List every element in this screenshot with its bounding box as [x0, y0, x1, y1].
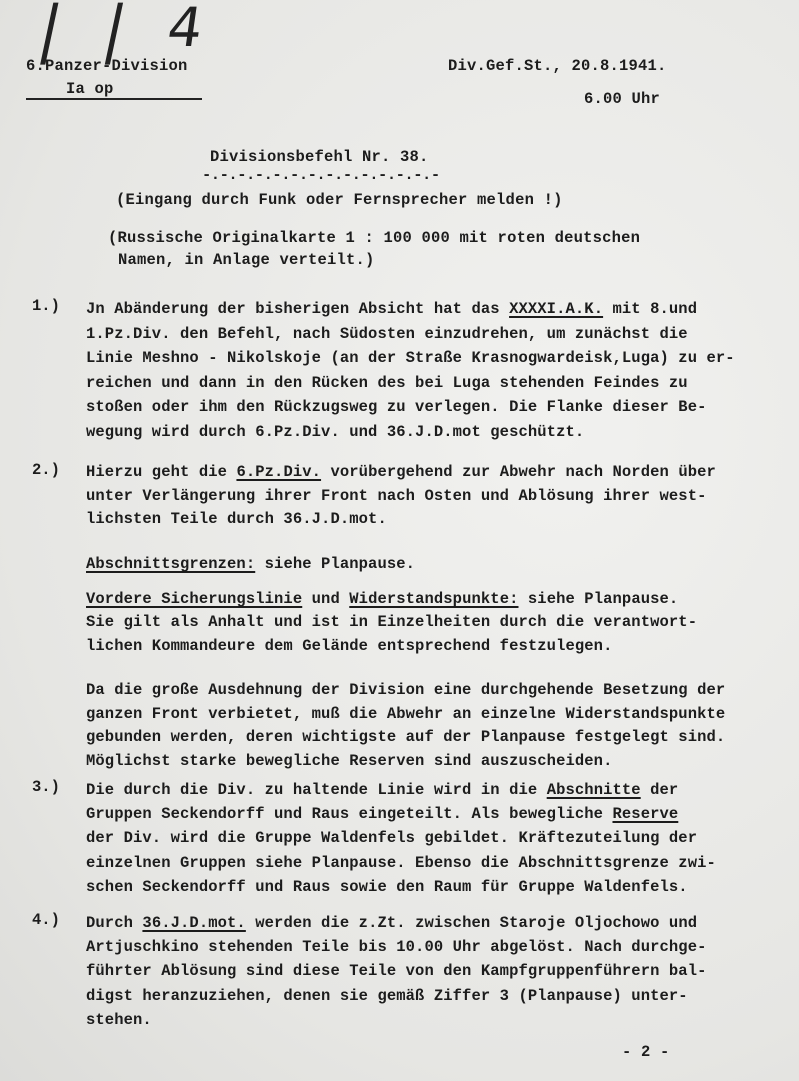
issue-time: 6.00 Uhr [584, 90, 660, 108]
text-run: Die durch die Div. zu haltende Linie wir… [86, 781, 547, 799]
underlined-term: 6.Pz.Div. [236, 463, 321, 481]
section-number: 1.) [32, 297, 60, 315]
text-line: 1.Pz.Div. den Befehl, nach Südosten einz… [86, 322, 786, 347]
section-body: Durch 36.J.D.mot. werden die z.Zt. zwisc… [86, 911, 786, 1032]
text-run: mit 8.und [603, 300, 697, 318]
text-run: der [641, 781, 679, 799]
text-line: Vordere Sicherungslinie und Widerstandsp… [86, 588, 786, 612]
section-number: 4.) [32, 911, 60, 929]
text-run: Artjuschkino stehenden Teile bis 10.00 U… [86, 938, 707, 956]
text-line: Linie Meshno - Nikolskoje (an der Straße… [86, 346, 786, 371]
text-run: einzelnen Gruppen siehe Planpause. Ebens… [86, 854, 716, 872]
text-line: lichsten Teile durch 36.J.D.mot. [86, 508, 786, 532]
text-run: Jn Abänderung der bisherigen Absicht hat… [86, 300, 509, 318]
text-line: der Div. wird die Gruppe Waldenfels gebi… [86, 826, 786, 850]
text-line: Hierzu geht die 6.Pz.Div. vorübergehend … [86, 461, 786, 485]
subparagraph: Da die große Ausdehnung der Division ein… [86, 679, 786, 773]
section-code: Ia op [66, 80, 114, 98]
subparagraph: Sie gilt als Anhalt und ist in Einzelhei… [86, 611, 786, 658]
text-line: digst heranzuziehen, denen sie gemäß Zif… [86, 984, 786, 1008]
text-run: Möglichst starke bewegliche Reserven sin… [86, 752, 612, 770]
text-line: Da die große Ausdehnung der Division ein… [86, 679, 786, 703]
text-line: Jn Abänderung der bisherigen Absicht hat… [86, 297, 786, 322]
order-title: Divisionsbefehl Nr. 38. [210, 148, 429, 166]
text-line: stehen. [86, 1008, 786, 1032]
text-run: ganzen Front verbietet, muß die Abwehr a… [86, 705, 725, 723]
text-line: stoßen oder ihm den Rückzugsweg zu verle… [86, 395, 786, 420]
text-line: Sie gilt als Anhalt und ist in Einzelhei… [86, 611, 786, 635]
map-note-line2: Namen, in Anlage verteilt.) [118, 251, 375, 269]
text-line: Die durch die Div. zu haltende Linie wir… [86, 778, 786, 802]
text-line: Durch 36.J.D.mot. werden die z.Zt. zwisc… [86, 911, 786, 935]
text-line: unter Verlängerung ihrer Front nach Oste… [86, 485, 786, 509]
text-run: lichen Kommandeure dem Gelände entsprech… [86, 637, 612, 655]
text-line: wegung wird durch 6.Pz.Div. und 36.J.D.m… [86, 420, 786, 445]
text-run: werden die z.Zt. zwischen Staroje Oljoch… [246, 914, 697, 932]
section-number: 3.) [32, 778, 60, 796]
text-run: der Div. wird die Gruppe Waldenfels gebi… [86, 829, 697, 847]
underlined-term: 36.J.D.mot. [142, 914, 245, 932]
text-line: lichen Kommandeure dem Gelände entsprech… [86, 635, 786, 659]
text-run: lichsten Teile durch 36.J.D.mot. [86, 510, 387, 528]
text-line: führter Ablösung sind diese Teile von de… [86, 959, 786, 983]
text-line: Abschnittsgrenzen: siehe Planpause. [86, 553, 786, 577]
text-run: 1.Pz.Div. den Befehl, nach Südosten einz… [86, 325, 688, 343]
text-run: gebunden werden, deren wichtigste auf de… [86, 728, 725, 746]
receipt-note: (Eingang durch Funk oder Fernsprecher me… [116, 191, 563, 209]
text-line: Gruppen Seckendorff und Raus eingeteilt.… [86, 802, 786, 826]
subparagraph: Abschnittsgrenzen: siehe Planpause. [86, 553, 786, 577]
text-run: wegung wird durch 6.Pz.Div. und 36.J.D.m… [86, 423, 584, 441]
text-line: schen Seckendorff und Raus sowie den Rau… [86, 875, 786, 899]
text-run: Durch [86, 914, 142, 932]
text-run: digst heranzuziehen, denen sie gemäß Zif… [86, 987, 688, 1005]
text-run: schen Seckendorff und Raus sowie den Rau… [86, 878, 688, 896]
handwritten-strokes: | | [32, 0, 145, 65]
underlined-term: Abschnittsgrenzen: [86, 555, 255, 573]
text-run: Hierzu geht die [86, 463, 236, 481]
text-run: siehe Planpause. [255, 555, 415, 573]
header-underline [26, 98, 202, 100]
text-run: stoßen oder ihm den Rückzugsweg zu verle… [86, 398, 707, 416]
location-date: Div.Gef.St., 20.8.1941. [448, 57, 667, 75]
text-run: führter Ablösung sind diese Teile von de… [86, 962, 707, 980]
section-body: Jn Abänderung der bisherigen Absicht hat… [86, 297, 786, 445]
subparagraph: Vordere Sicherungslinie und Widerstandsp… [86, 588, 786, 612]
underlined-term: Abschnitte [547, 781, 641, 799]
document-page: | | 4 6.Panzer-Division Ia op Div.Gef.St… [0, 0, 799, 1081]
text-run: und [302, 590, 349, 608]
section-body: Die durch die Div. zu haltende Linie wir… [86, 778, 786, 899]
text-run: Linie Meshno - Nikolskoje (an der Straße… [86, 349, 735, 367]
underlined-term: XXXXI.A.K. [509, 300, 603, 318]
text-run: Gruppen Seckendorff und Raus eingeteilt.… [86, 805, 612, 823]
text-run: siehe Planpause. [519, 590, 679, 608]
text-run: reichen und dann in den Rücken des bei L… [86, 374, 688, 392]
text-line: Möglichst starke bewegliche Reserven sin… [86, 750, 786, 774]
text-line: Artjuschkino stehenden Teile bis 10.00 U… [86, 935, 786, 959]
handwritten-number: 4 [164, 0, 207, 59]
underlined-term: Reserve [612, 805, 678, 823]
text-run: Sie gilt als Anhalt und ist in Einzelhei… [86, 613, 697, 631]
page-marker: - 2 - [622, 1043, 670, 1061]
title-divider: -.-.-.-.-.-.-.-.-.-.-.-.-.- [202, 166, 440, 184]
section-body: Hierzu geht die 6.Pz.Div. vorübergehend … [86, 461, 786, 532]
underlined-term: Vordere Sicherungslinie [86, 590, 302, 608]
text-run: unter Verlängerung ihrer Front nach Oste… [86, 487, 707, 505]
text-line: ganzen Front verbietet, muß die Abwehr a… [86, 703, 786, 727]
text-run: Da die große Ausdehnung der Division ein… [86, 681, 725, 699]
text-run: vorübergehend zur Abwehr nach Norden übe… [321, 463, 716, 481]
underlined-term: Widerstandspunkte: [349, 590, 518, 608]
text-line: reichen und dann in den Rücken des bei L… [86, 371, 786, 396]
text-line: einzelnen Gruppen siehe Planpause. Ebens… [86, 851, 786, 875]
map-note-line1: (Russische Originalkarte 1 : 100 000 mit… [108, 229, 640, 247]
text-line: gebunden werden, deren wichtigste auf de… [86, 726, 786, 750]
section-number: 2.) [32, 461, 60, 479]
text-run: stehen. [86, 1011, 152, 1029]
unit-name: 6.Panzer-Division [26, 57, 188, 75]
